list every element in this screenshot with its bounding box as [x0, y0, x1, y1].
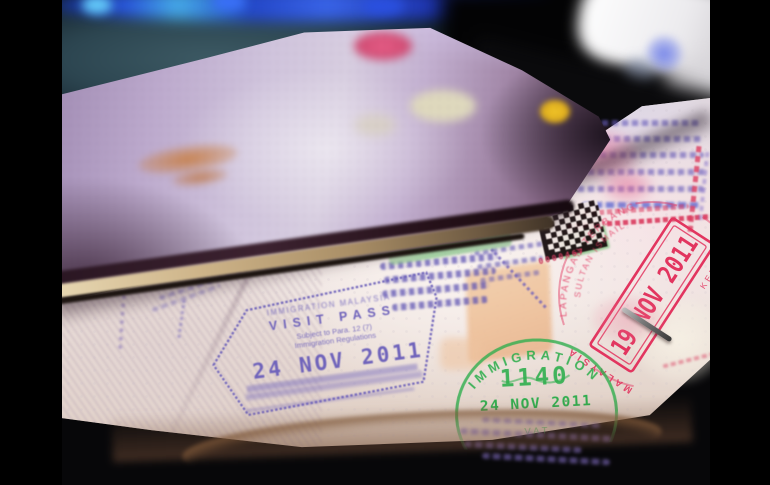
gold-emblem-smudge [137, 139, 240, 179]
pink-sticker [354, 32, 412, 60]
round-stamp-time: 1140 [499, 361, 570, 393]
yellow-sticker [540, 100, 570, 123]
photo-frame: OCT 2011 0000467 19 NOV 2011 LAPANGAN TE… [0, 0, 770, 485]
gold-emblem-smudge [171, 166, 229, 189]
cream-sticker [410, 90, 476, 122]
cream-sticker [354, 114, 396, 136]
passport-photo: OCT 2011 0000467 19 NOV 2011 LAPANGAN TE… [62, 0, 710, 485]
